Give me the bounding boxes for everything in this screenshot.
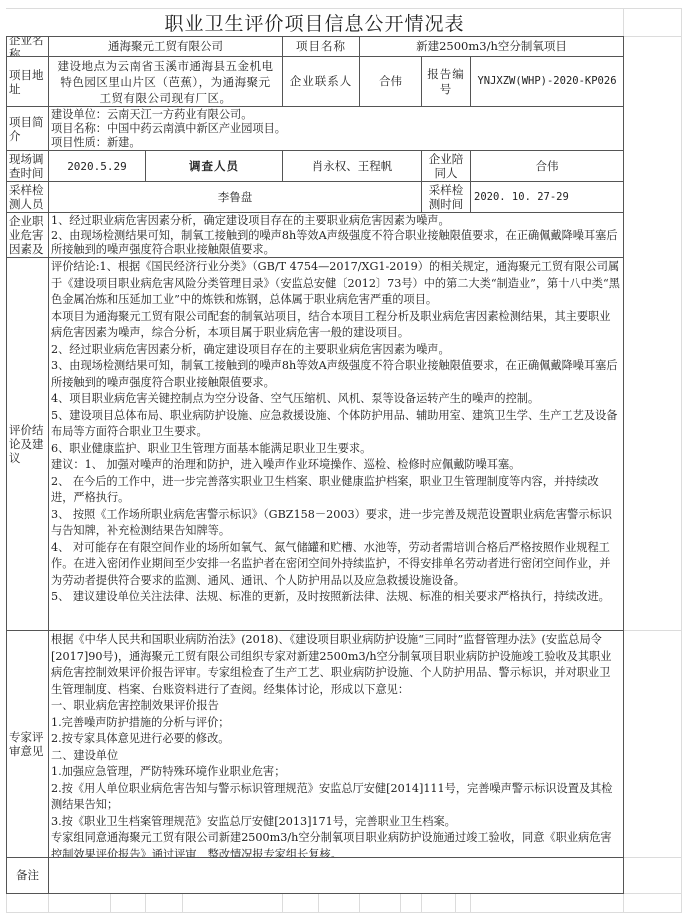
gridline (318, 893, 319, 913)
project-address-value: 建设地点为云南省玉溪市通海县五金机电特色园区里山片区（芭蕉），为通海聚元工贸有限… (48, 56, 283, 107)
report-number-value: YNJXZW(WHP)-2020-KP026 (470, 56, 624, 107)
gridline (182, 893, 183, 913)
gridline (421, 893, 422, 913)
hazard-factors-value: 1、经过职业病危害因素分析，确定建设项目存在的主要职业病危害因素为噪声。 2、由… (48, 212, 624, 258)
intro-line: 项目性质：新建。 (51, 136, 621, 150)
recommendation-line: 3、 按照《工作场所职业病危害警示标识》（GBZ158－2003）要求，进一步完… (51, 507, 621, 540)
project-address-label: 项目地址 (6, 56, 49, 107)
expert-line: 专家组同意通海聚元工贸有限公司新建2500m3/h空分制氧项目职业病防护设施通过… (51, 830, 621, 858)
expert-line: 3.按《职业卫生档案管理规范》安监总厅安健[2013]171号，完善职业卫生档案… (51, 814, 621, 831)
hazard-factors-label: 企业职业危害因素及 (6, 212, 49, 258)
investigators-value: 肖永权、王程帆 (282, 150, 422, 182)
conclusion-line: 评价结论:1、根据《国民经济行业分类》（GB/T 4754—2017/XG1-2… (51, 259, 621, 309)
remarks-value (48, 857, 624, 894)
project-intro-label: 项目简介 (6, 106, 49, 151)
gridline (359, 893, 360, 913)
expert-line: 1.加强应急管理，严防特殊环境作业职业危害； (51, 764, 621, 781)
contact-value: 合伟 (359, 56, 422, 107)
conclusion-line: 2、经过职业病危害因素分析，确定建设项目存在的主要职业病危害因素为噪声。 (51, 342, 621, 359)
gridline (455, 893, 456, 913)
sampling-time-value: 2020. 10. 27-29 (470, 181, 624, 213)
recommendation-line: 4、 对可能存在有限空间作业的场所如氧气、氮气储罐和贮槽、水池等，劳动者需培训合… (51, 540, 621, 590)
project-name-label: 项目名称 (282, 36, 360, 57)
conclusion-label: 评价结论及建议 (6, 257, 49, 631)
recommendation-line: 2、 在今后的工作中，进一步完善落实职业卫生档案、职业健康监护档案，职业卫生管理… (51, 474, 621, 507)
recommendation-line: 5、 建议建设单位关注法律、法规、标准的更新，及时按照新法律、法规、标准的相关要… (51, 589, 621, 606)
expert-line: 根据《中华人民共和国职业病防治法》(2018)、《建设项目职业病防护设施“三同时… (51, 632, 621, 698)
company-name-value: 通海聚元工贸有限公司 (48, 36, 283, 57)
intro-line: 项目名称：中国中药云南滇中新区产业园项目。 (51, 122, 621, 136)
companion-label: 企业陪同人 (421, 150, 471, 182)
expert-line: 1.完善噪声防护措施的分析与评价； (51, 715, 621, 732)
gridline (6, 893, 7, 913)
conclusion-line: 本项目为通海聚元工贸有限公司配套的制氧站项目，结合本项目工程分析及职业病危害因素… (51, 309, 621, 342)
gridline (623, 36, 681, 37)
conclusion-line: 4、项目职业病危害关键控制点为空分设备、空气压缩机、风机、泵等设备运转产生的噪声… (51, 391, 621, 408)
recommendation-line: 建议：1、 加强对噪声的治理和防护，进入噪声作业环境操作、巡检、检修时应佩戴防噪… (51, 457, 621, 474)
gridline (470, 893, 471, 913)
contact-label: 企业联系人 (282, 56, 360, 107)
gridline (48, 893, 49, 913)
company-name-label: 企业名称 (6, 36, 49, 57)
gridline (145, 893, 146, 913)
report-number-label: 报告编号 (421, 56, 471, 107)
gridline (400, 893, 401, 913)
conclusion-line: 5、建设项目总体布局、职业病防护设施、应急救援设施、个体防护用品、辅助用室、建筑… (51, 408, 621, 441)
project-name-value: 新建2500m3/h空分制氧项目 (359, 36, 624, 57)
conclusion-line: 6、职业健康监护、职业卫生管理方面基本能满足职业卫生要求。 (51, 441, 621, 458)
gridline (623, 630, 681, 631)
project-intro-value: 建设单位：云南天江一方药业有限公司。 项目名称：中国中药云南滇中新区产业园项目。… (48, 106, 624, 151)
gridline (6, 912, 681, 913)
survey-time-label: 现场调查时间 (6, 150, 49, 182)
conclusion-value: 评价结论:1、根据《国民经济行业分类》（GB/T 4754—2017/XG1-2… (48, 257, 624, 631)
expert-opinion-value: 根据《中华人民共和国职业病防治法》(2018)、《建设项目职业病防护设施“三同时… (48, 630, 624, 858)
expert-opinion-label: 专家评审意见 (6, 630, 49, 858)
remarks-label: 备注 (6, 857, 49, 894)
investigators-label: 调查人员 (145, 150, 283, 182)
survey-time-value: 2020.5.29 (48, 150, 146, 182)
page-title: 职业卫生评价项目信息公开情况表 (6, 8, 623, 36)
intro-line: 建设单位：云南天江一方药业有限公司。 (51, 108, 621, 122)
gridline (681, 8, 682, 913)
companion-value: 合伟 (470, 150, 624, 182)
sampling-time-label: 采样检测时间 (421, 181, 471, 213)
expert-line: 2.按专家具体意见进行必要的修改。 (51, 731, 621, 748)
expert-line: 一、职业病危害控制效果评价报告 (51, 698, 621, 715)
expert-line: 2.按《用人单位职业病危害告知与警示标识管理规范》安监总厅安健[2014]111… (51, 781, 621, 814)
gridline (110, 893, 111, 913)
expert-line: 二、建设单位 (51, 748, 621, 765)
gridline (282, 893, 283, 913)
hazard-line: 2、由现场检测结果可知，制氧工接触到的噪声8h等效A声级强度不符合职业接触限值要… (51, 229, 621, 258)
hazard-line: 1、经过职业病危害因素分析，确定建设项目存在的主要职业病危害因素为噪声。 (51, 214, 621, 229)
gridline (623, 857, 681, 858)
sampling-person-value: 李鲁盘 (48, 181, 422, 213)
conclusion-line: 3、由现场检测结果可知，制氧工接触到的噪声8h等效A声级强度不符合职业接触限值要… (51, 358, 621, 391)
sampling-person-label: 采样检测人员 (6, 181, 49, 213)
